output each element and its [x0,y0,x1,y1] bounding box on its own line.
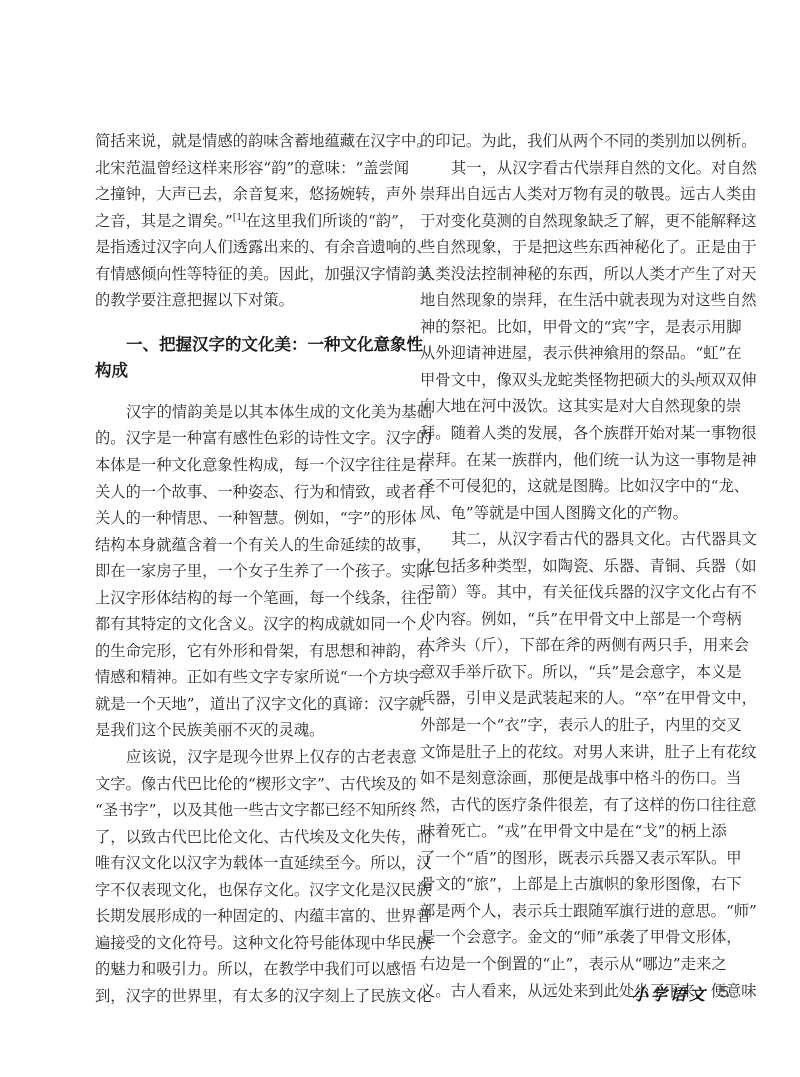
text-line: 右边是一个倒置的“止”，表示从“哪边”走来之 [420,951,722,978]
page-number: 5 [720,984,729,1002]
section-heading: 一、把握汉字的文化美：一种文化意象性 构成 [95,332,397,385]
text-line: 文字。像古代巴比伦的“楔形文字”、古代埃及的 [95,771,397,798]
text-line: 于对变化莫测的自然现象缺乏了解，更不能解释这 [420,208,722,235]
text-line: 本体是一种文化意象性构成，每一个汉字往往是有 [95,452,397,479]
text-line: 地自然现象的崇拜，在生活中就表现为对这些自然 [420,287,722,314]
text-line: 然，古代的医疗条件很差，有了这样的伤口往往意 [420,792,722,819]
text-line: 北宋范温曾经这样来形容“韵”的意味：“盖尝闻 [95,155,397,182]
text-line: 之撞钟，大声已去，余音复来，悠扬婉转，声外 [95,181,397,208]
text-line: 了，以致古代巴比伦文化、古代埃及文化失传，而 [95,824,397,851]
text-line: 都有其特定的文化含义。汉字的构成就如同一个人 [95,611,397,638]
paragraph-ideographic: 应该说，汉字是现今世界上仅存的古老表意 文字。像古代巴比伦的“楔形文字”、古代埃… [95,744,397,1009]
text-line: 遍接受的文化符号。这种文化符号能体现中华民族 [95,930,397,957]
text-line: 的。汉字是一种富有感性色彩的诗性文字。汉字的 [95,425,397,452]
text-line: 些自然现象，于是把这些东西神秘化了。正是由于 [420,234,722,261]
paragraph-intro: 简括来说，就是情感的韵味含蓄地蕴藏在汉字中。 北宋范温曾经这样来形容“韵”的意味… [95,128,397,314]
text-line: 情感和精神。正如有些文字专家所说“一个方块字 [95,664,397,691]
text-line: 即在一家房子里，一个女子生养了一个孩子。实际 [95,558,397,585]
quote-end: 之音，其是之谓矣。” [95,212,233,230]
text-line: 是指透过汉字向人们透露出来的、有余音遗响的、 [95,234,397,261]
text-line: 的生命完形，它有外形和骨架，有思想和神韵，有 [95,638,397,665]
text-line: 的教学要注意把握以下对策。 [95,287,397,314]
text-line: 兵器，引申义是武装起来的人。“卒”在甲骨文中， [420,685,722,712]
text-line: 的魅力和吸引力。所以，在教学中我们可以感悟 [95,956,397,983]
text-line: 意双手举斤砍下。所以，“兵”是会意字，本义是 [420,659,722,686]
text-line: 化包括多种类型，如陶瓷、乐器、青铜、兵器（如 [420,553,722,580]
paragraph-utensil-culture: 其二，从汉字看古代的器具文化。古代器具文 化包括多种类型，如陶瓷、乐器、青铜、兵… [420,526,722,1004]
text-line: 少内容。例如，“兵”在甲骨文中上部是一个弯柄 [420,606,722,633]
text-line: 神的祭祀。比如，甲骨文的“宾”字，是表示用脚 [420,314,722,341]
text-line: 有情感倾向性等特征的美。因此，加强汉字情韵美 [95,261,397,288]
line-rest: 在这里我们所谈的“韵”， [246,212,415,230]
left-column: 简括来说，就是情感的韵味含蓄地蕴藏在汉字中。 北宋范温曾经这样来形容“韵”的意味… [95,128,397,1010]
text-line: 人类没法控制神秘的东西，所以人类才产生了对天 [420,261,722,288]
text-line: 弓箭）等。其中，有关征伐兵器的汉字文化占有不 [420,579,722,606]
text-line: 长期发展形成的一种固定的、内蕴丰富的、世界普 [95,903,397,930]
text-line: 向大地在河中汲饮。这其实是对大自然现象的崇 [420,393,722,420]
magazine-logo: 小学语文 [632,982,708,1005]
text-line: 的印记。为此，我们从两个不同的类别加以例析。 [420,128,722,155]
text-line: 关人的一个故事、一种姿态、行为和情致，或者有 [95,479,397,506]
heading-line: 一、把握汉字的文化美：一种文化意象性 [95,332,397,359]
citation-ref[interactable]: [1] [233,213,246,223]
text-line: 唯有汉文化以汉字为载体一直延续至今。所以，汉 [95,850,397,877]
page-footer: 小学语文 5 [632,980,729,1006]
text-line: 结构本身就蕴含着一个有关人的生命延续的故事， [95,532,397,559]
text-line: 味着死亡。“戎”在甲骨文中是在“戈”的柄上添 [420,818,722,845]
text-line: 崇拜出自远古人类对万物有灵的敬畏。远古人类由 [420,181,722,208]
text-line: 简括来说，就是情感的韵味含蓄地蕴藏在汉字中。 [95,128,397,155]
text-line: 凤、龟”等就是中国人图腾文化的产物。 [420,500,722,527]
text-line: 是我们这个民族美丽不灭的灵魂。 [95,717,397,744]
text-line: 从外迎请神进屋，表示供神飨用的祭品。“虹”在 [420,340,722,367]
text-line: 应该说，汉字是现今世界上仅存的古老表意 [95,744,397,771]
text-line: 拜。随着人类的发展，各个族群开始对某一事物很 [420,420,722,447]
text-line: 了一个“盾”的图形，既表示兵器又表示军队。甲 [420,845,722,872]
text-line: 就是一个天地”，道出了汉字文化的真谛：汉字就 [95,691,397,718]
text-line: 圣不可侵犯的，这就是图腾。比如汉字中的“龙、 [420,473,722,500]
text-line: 到，汉字的世界里，有太多的汉字刻上了民族文化 [95,983,397,1010]
text-line: 骨文的“旅”，上部是上古旗帜的象形图像，右下 [420,871,722,898]
text-line: 崇拜。在某一族群内，他们统一认为这一事物是神 [420,447,722,474]
text-line: 其二，从汉字看古代的器具文化。古代器具文 [420,526,722,553]
text-line: 甲骨文中，像双头龙蛇类怪物把硕大的头颅双双伸 [420,367,722,394]
text-line: 是一个会意字。金文的“师”承袭了甲骨文形体， [420,924,722,951]
text-line: 其一，从汉字看古代崇拜自然的文化。对自然 [420,155,722,182]
text-line: 如不是刻意涂画，那便是战事中格斗的伤口。当 [420,765,722,792]
text-line: “圣书字”，以及其他一些古文字都已经不知所终 [95,797,397,824]
paragraph-nature-worship: 其一，从汉字看古代崇拜自然的文化。对自然 崇拜出自远古人类对万物有灵的敬畏。远古… [420,155,722,527]
text-line: 上汉字形体结构的每一个笔画，每一个线条，往往 [95,585,397,612]
paragraph-cultural-beauty: 汉字的情韵美是以其本体生成的文化美为基础 的。汉字是一种富有感性色彩的诗性文字。… [95,399,397,744]
text-line: 部是两个人，表示兵士跟随军旗行进的意思。“师” [420,898,722,925]
right-column: 的印记。为此，我们从两个不同的类别加以例析。 其一，从汉字看古代崇拜自然的文化。… [420,128,722,1004]
paragraph-continuation: 的印记。为此，我们从两个不同的类别加以例析。 [420,128,722,155]
heading-line: 构成 [95,358,397,385]
text-line: 大斧头（斤），下部在斧的两侧有两只手，用来会 [420,632,722,659]
text-line-with-citation: 之音，其是之谓矣。”[1]在这里我们所谈的“韵”， [95,208,397,235]
text-line: 汉字的情韵美是以其本体生成的文化美为基础 [95,399,397,426]
text-line: 外部是一个“衣”字，表示人的肚子，内里的交叉 [420,712,722,739]
text-line: 字不仅表现文化，也保存文化。汉字文化是汉民族 [95,877,397,904]
text-line: 关人的一种情思、一种智慧。例如，“字”的形体 [95,505,397,532]
text-line: 文饰是肚子上的花纹。对男人来讲，肚子上有花纹 [420,739,722,766]
